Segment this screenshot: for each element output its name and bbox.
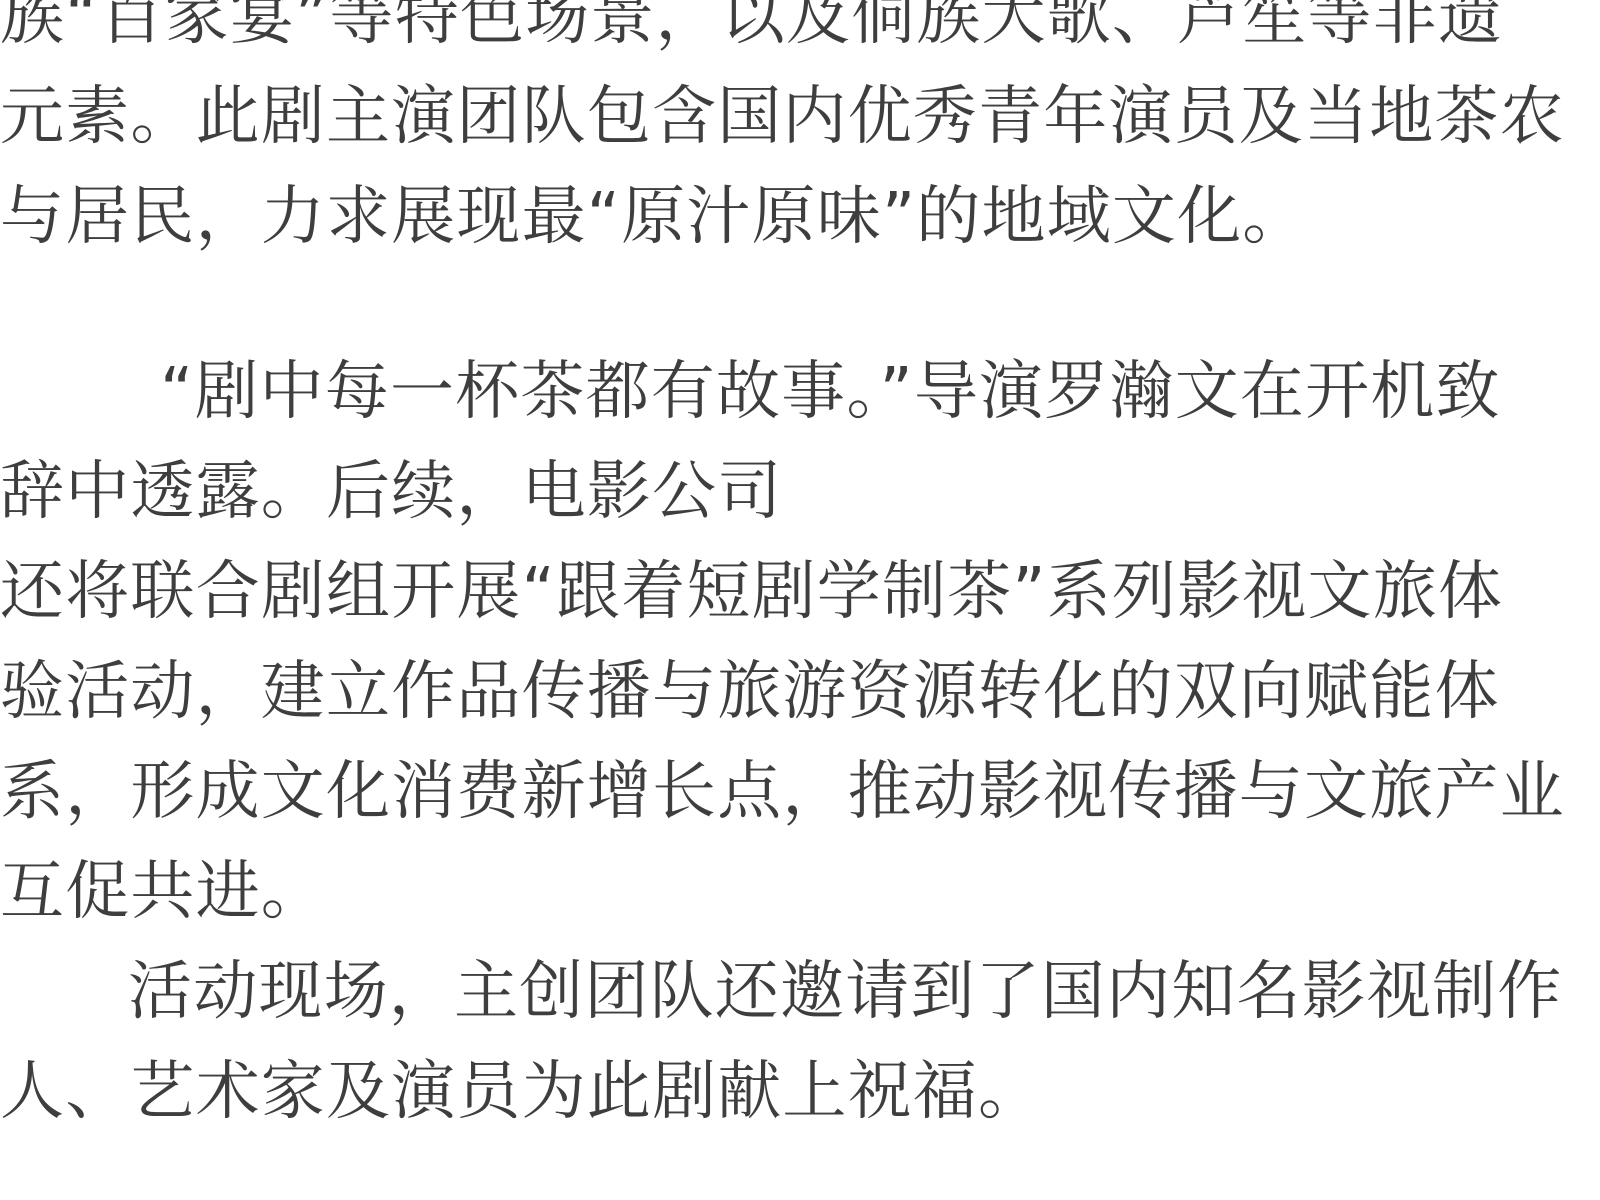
text-line: 系，形成文化消费新增长点，推动影视传播与文旅产业 [0, 742, 1570, 842]
paragraph-heritage-elements: 族“百家宴”等特色场景，以及侗族大歌、芦笙等非遗 元素。此剧主演团队包含国内优秀… [0, 0, 1570, 267]
text-line: 辞中透露。后续，电影公司 [0, 442, 1570, 542]
text-line: 族“百家宴”等特色场景，以及侗族大歌、芦笙等非遗 [0, 0, 1570, 67]
text-line: 元素。此剧主演团队包含国内优秀青年演员及当地茶农 [0, 67, 1570, 167]
text-line: “剧中每一杯茶都有故事。”导演罗瀚文在开机致 [0, 342, 1570, 442]
paragraph-director-quote: “剧中每一杯茶都有故事。”导演罗瀚文在开机致 辞中透露。后续，电影公司 [0, 342, 1570, 542]
paragraph-tourism-activities: 还将联合剧组开展“跟着短剧学制茶”系列影视文旅体 验活动，建立作品传播与旅游资源… [0, 542, 1570, 942]
text-line: 还将联合剧组开展“跟着短剧学制茶”系列影视文旅体 [0, 542, 1570, 642]
text-line: 人、艺术家及演员为此剧献上祝福。 [0, 1042, 1570, 1142]
text-line: 验活动，建立作品传播与旅游资源转化的双向赋能体 [0, 642, 1570, 742]
paragraph-spacer [0, 267, 1570, 342]
article-body: 族“百家宴”等特色场景，以及侗族大歌、芦笙等非遗 元素。此剧主演团队包含国内优秀… [0, 0, 1570, 1142]
text-line: 活动现场，主创团队还邀请到了国内知名影视制作 [0, 942, 1570, 1042]
paragraph-event-blessings: 活动现场，主创团队还邀请到了国内知名影视制作 人、艺术家及演员为此剧献上祝福。 [0, 942, 1570, 1142]
text-line: 互促共进。 [0, 842, 1570, 942]
text-line: 与居民，力求展现最“原汁原味”的地域文化。 [0, 167, 1570, 267]
